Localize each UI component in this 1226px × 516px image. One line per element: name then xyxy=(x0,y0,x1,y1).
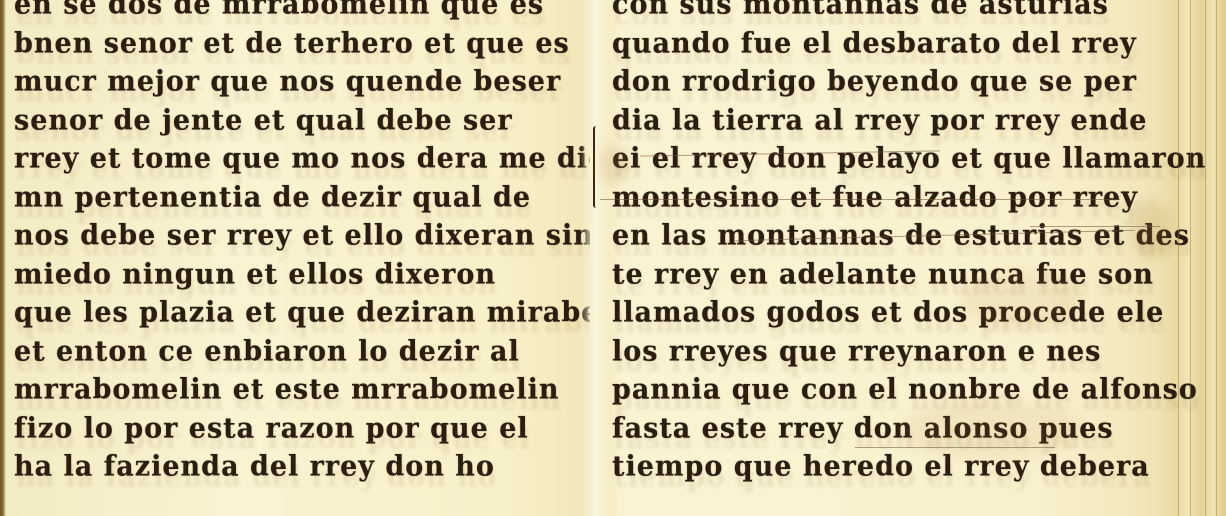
text-line: los rreyes que rreynaron e nes xyxy=(612,332,1206,372)
text-line: dia la tierra al rrey por rrey ende xyxy=(612,101,1206,141)
book-gutter xyxy=(580,0,610,516)
text-line: pannia que con el nonbre de alfonso xyxy=(612,370,1206,410)
parchment-stain xyxy=(1130,200,1170,260)
text-line: con sus montannas de asturias xyxy=(612,0,1206,25)
page-edge-line xyxy=(1178,0,1179,516)
text-line: rrey et tome que mo nos dera me dio xyxy=(14,139,590,179)
text-line: miedo ningun et ellos dixeron xyxy=(14,255,590,295)
text-line: mucr mejor que nos quende beser xyxy=(14,62,590,102)
text-line: montesino et fue alzado por rrey xyxy=(612,178,1206,218)
left-page-text: en se dos de mrrabomelin que es bnen sen… xyxy=(14,0,590,487)
text-line: nos debe ser rrey et ello dixeran sin xyxy=(14,216,590,256)
page-edge-line xyxy=(1190,0,1191,516)
text-line: bnen senor et de terhero et que es xyxy=(14,24,590,64)
manuscript-left-page: en se dos de mrrabomelin que es bnen sen… xyxy=(0,0,590,516)
right-page-text: con sus montannas de asturias quando fue… xyxy=(612,0,1206,487)
parchment-stain xyxy=(900,400,1080,460)
text-line: mn pertenentia de dezir qual de xyxy=(14,178,590,218)
text-line: que les plazia et que deziran mirabel xyxy=(14,293,590,333)
page-edge-line xyxy=(1205,0,1206,516)
text-line: te rrey en adelante nunca fue son xyxy=(612,255,1206,295)
parchment-stain xyxy=(600,145,630,185)
text-line: fizo lo por esta razon por que el xyxy=(14,409,590,449)
page-edge-line xyxy=(1216,0,1217,516)
text-line: senor de jente et qual debe ser xyxy=(14,101,590,141)
text-line: et enton ce enbiaron lo dezir al xyxy=(14,332,590,372)
underline-mark xyxy=(600,199,1120,200)
text-line: ei el rrey don pelayo et que llamaron xyxy=(612,139,1206,179)
text-line: ha la fazienda del rrey don ho xyxy=(14,447,590,487)
text-line: don rrodrigo beyendo que se per xyxy=(612,62,1206,102)
text-line: quando fue el desbarato del rrey xyxy=(612,24,1206,64)
parchment-stain xyxy=(960,270,1080,330)
text-line: llamados godos et dos procede ele xyxy=(612,293,1206,333)
text-line: en se dos de mrrabomelin que es xyxy=(14,0,590,25)
text-line: tiempo que heredo el rrey debera xyxy=(612,447,1206,487)
text-line: mrrabomelin et este mrrabomelin xyxy=(14,370,590,410)
